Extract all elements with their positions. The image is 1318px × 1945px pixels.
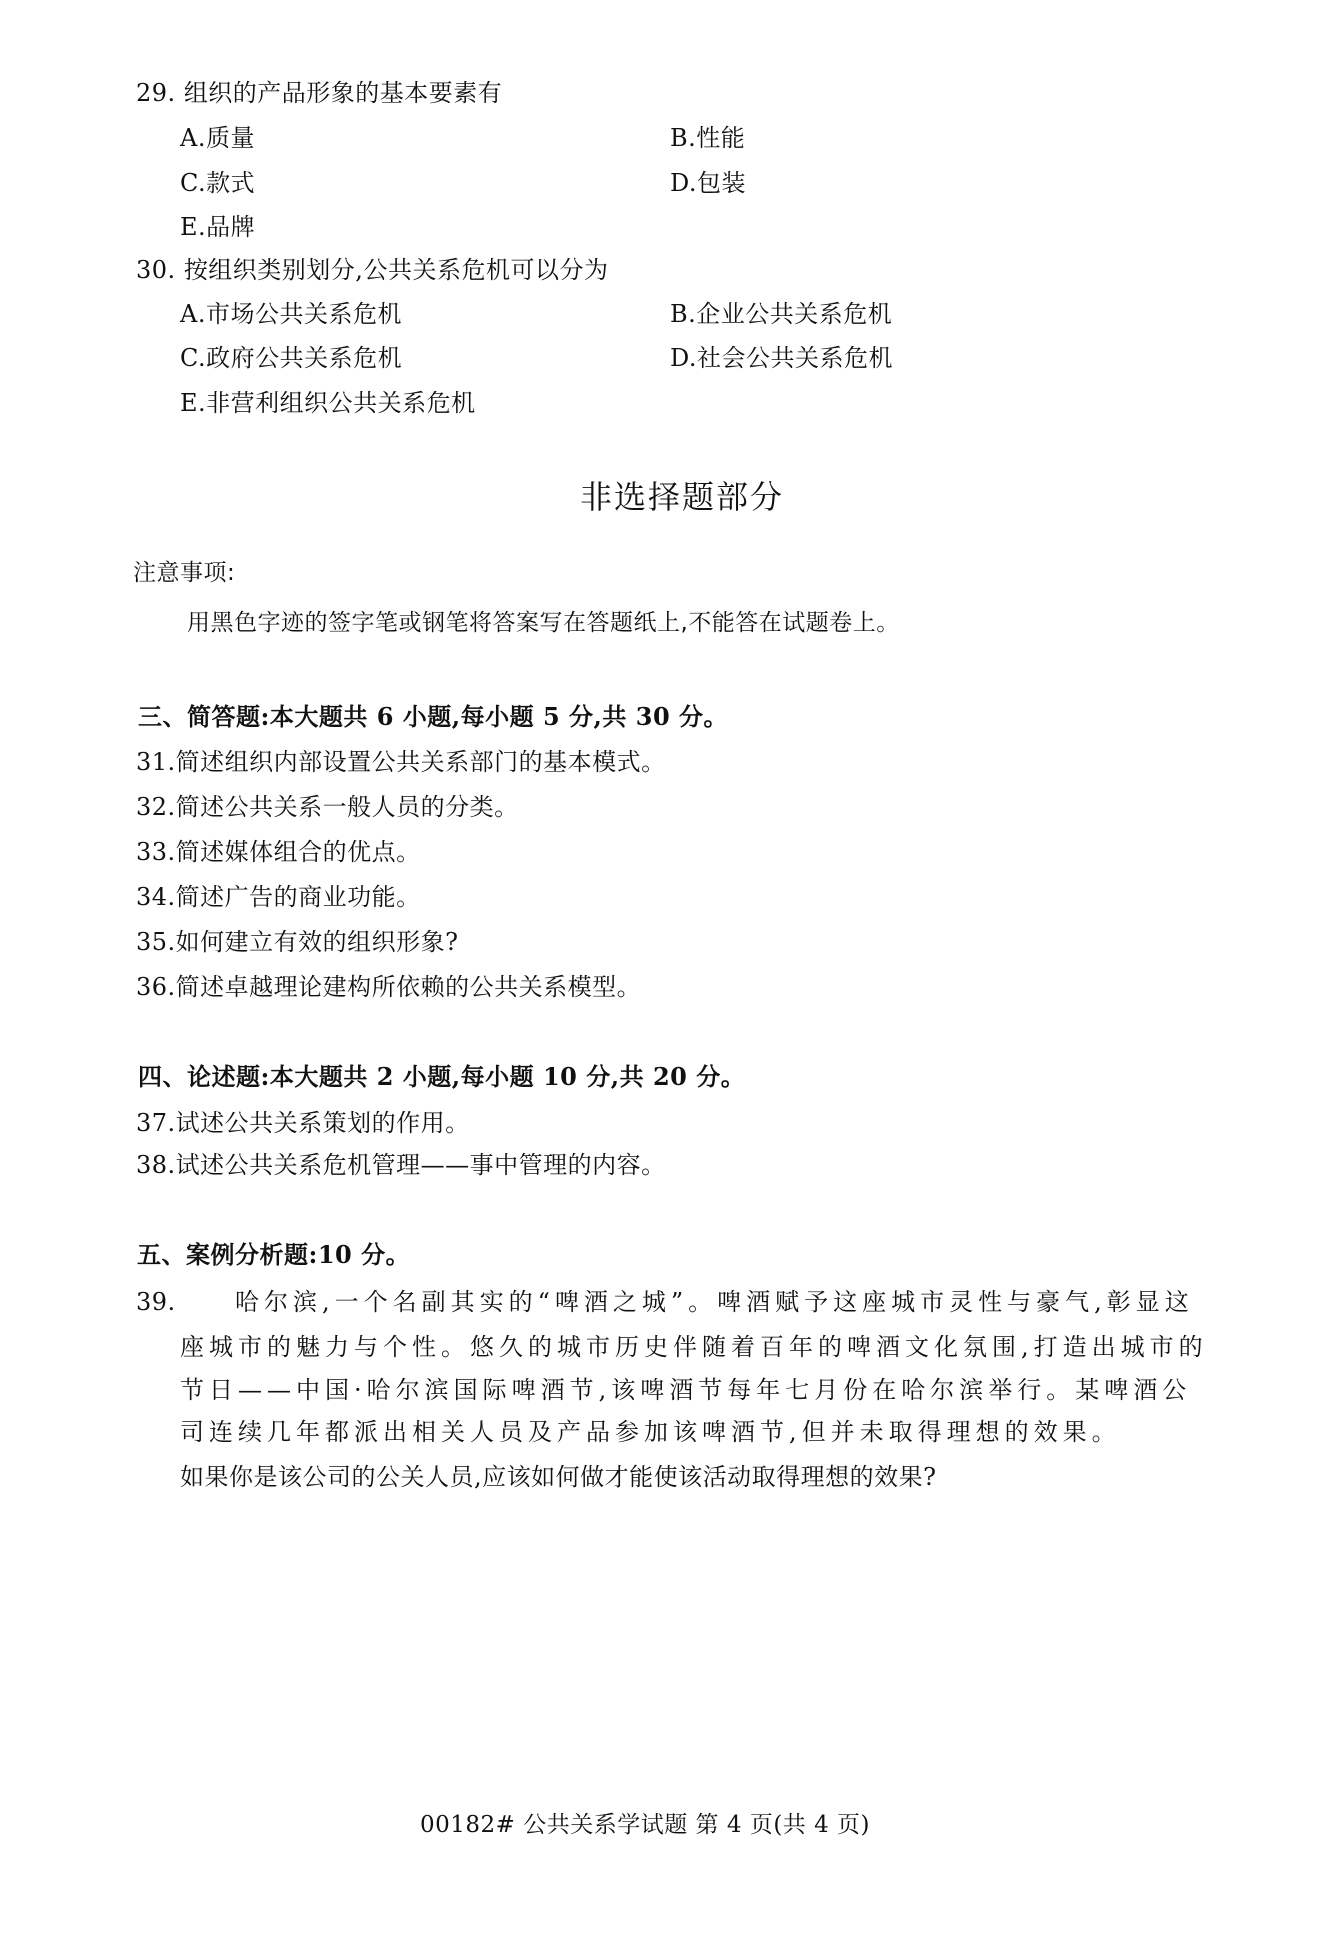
page-footer: 00182# 公共关系学试题 第 4 页(共 4 页): [420, 1803, 870, 1847]
question-text: 简述媒体组合的优点。: [176, 838, 421, 866]
question-text: 组织的产品形象的基本要素有: [184, 79, 503, 107]
question-number: 37.: [136, 1101, 176, 1145]
exam-page: 29. 组织的产品形象的基本要素有 A.质量 B.性能 C.款式 D.包装 E.…: [0, 0, 1318, 1945]
option-key: B.: [670, 124, 696, 152]
option-text: 性能: [696, 124, 745, 152]
question-38: 38.试述公共关系危机管理——事中管理的内容。: [136, 1143, 666, 1187]
option-29-b: B.性能: [670, 116, 745, 160]
question-32: 32.简述公共关系一般人员的分类。: [136, 785, 519, 829]
notice-label: 注意事项:: [133, 551, 235, 595]
question-text: 按组织类别划分,公共关系危机可以分为: [184, 256, 609, 284]
option-text: 质量: [206, 124, 255, 152]
question-35: 35.如何建立有效的组织形象?: [136, 920, 459, 964]
option-30-d: D.社会公共关系危机: [670, 336, 893, 380]
question-number: 32.: [136, 785, 176, 829]
question-number: 38.: [136, 1143, 176, 1187]
question-text: 试述公共关系危机管理——事中管理的内容。: [176, 1151, 666, 1179]
part-heading: 非选择题部分: [580, 472, 784, 522]
question-number: 35.: [136, 920, 176, 964]
option-key: A.: [180, 124, 206, 152]
question-text: 简述卓越理论建构所依赖的公共关系模型。: [176, 973, 642, 1001]
question-number: 34.: [136, 875, 176, 919]
question-39-number: 39.: [136, 1280, 176, 1324]
option-key: B.: [670, 300, 696, 328]
case-question: 如果你是该公司的公关人员,应该如何做才能使该活动取得理想的效果?: [180, 1455, 937, 1499]
option-text: 市场公共关系危机: [206, 300, 402, 328]
option-text: 企业公共关系危机: [696, 300, 892, 328]
section-4-title: 四、论述题:本大题共 2 小题,每小题 10 分,共 20 分。: [138, 1055, 745, 1099]
question-text: 简述广告的商业功能。: [176, 883, 421, 911]
option-key: C.: [180, 169, 206, 197]
option-29-d: D.包装: [670, 161, 746, 205]
question-number: 30.: [136, 248, 176, 292]
case-line-1: 哈尔滨,一个名副其实的“啤酒之城”。啤酒赋予这座城市灵性与豪气,彰显这: [235, 1280, 1194, 1324]
question-36: 36.简述卓越理论建构所依赖的公共关系模型。: [136, 965, 641, 1009]
option-30-e: E.非营利组织公共关系危机: [180, 381, 476, 425]
option-key: A.: [180, 300, 206, 328]
question-34: 34.简述广告的商业功能。: [136, 875, 421, 919]
section-3-title: 三、简答题:本大题共 6 小题,每小题 5 分,共 30 分。: [138, 695, 728, 739]
option-key: D.: [670, 344, 697, 372]
option-key: E.: [180, 389, 206, 417]
option-key: C.: [180, 344, 206, 372]
option-text: 非营利组织公共关系危机: [206, 389, 476, 417]
question-number: 36.: [136, 965, 176, 1009]
option-text: 款式: [206, 169, 255, 197]
option-29-a: A.质量: [180, 116, 255, 160]
question-text: 简述公共关系一般人员的分类。: [176, 793, 519, 821]
option-text: 包装: [697, 169, 746, 197]
question-text: 试述公共关系策划的作用。: [176, 1109, 470, 1137]
option-key: E.: [180, 213, 206, 241]
option-30-b: B.企业公共关系危机: [670, 292, 892, 336]
option-29-e: E.品牌: [180, 205, 255, 249]
option-text: 社会公共关系危机: [697, 344, 893, 372]
option-30-c: C.政府公共关系危机: [180, 336, 402, 380]
question-37: 37.试述公共关系策划的作用。: [136, 1101, 470, 1145]
question-number: 29.: [136, 71, 176, 115]
question-33: 33.简述媒体组合的优点。: [136, 830, 421, 874]
question-text: 简述组织内部设置公共关系部门的基本模式。: [176, 748, 666, 776]
option-30-a: A.市场公共关系危机: [180, 292, 402, 336]
question-30-stem: 30. 按组织类别划分,公共关系危机可以分为: [136, 248, 608, 292]
case-line-3: 节日——中国·哈尔滨国际啤酒节,该啤酒节每年七月份在哈尔滨举行。某啤酒公: [180, 1368, 1191, 1412]
question-number: 33.: [136, 830, 176, 874]
question-text: 如何建立有效的组织形象?: [176, 928, 459, 956]
option-key: D.: [670, 169, 697, 197]
notice-text: 用黑色字迹的签字笔或钢笔将答案写在答题纸上,不能答在试题卷上。: [187, 601, 900, 645]
case-line-4: 司连续几年都派出相关人员及产品参加该啤酒节,但并未取得理想的效果。: [180, 1410, 1121, 1454]
case-line-2: 座城市的魅力与个性。悠久的城市历史伴随着百年的啤酒文化氛围,打造出城市的: [180, 1325, 1208, 1369]
question-31: 31.简述组织内部设置公共关系部门的基本模式。: [136, 740, 666, 784]
option-text: 政府公共关系危机: [206, 344, 402, 372]
option-29-c: C.款式: [180, 161, 255, 205]
section-5-title: 五、案例分析题:10 分。: [137, 1233, 410, 1277]
option-text: 品牌: [206, 213, 255, 241]
question-29-stem: 29. 组织的产品形象的基本要素有: [136, 71, 502, 115]
question-number: 31.: [136, 740, 176, 784]
